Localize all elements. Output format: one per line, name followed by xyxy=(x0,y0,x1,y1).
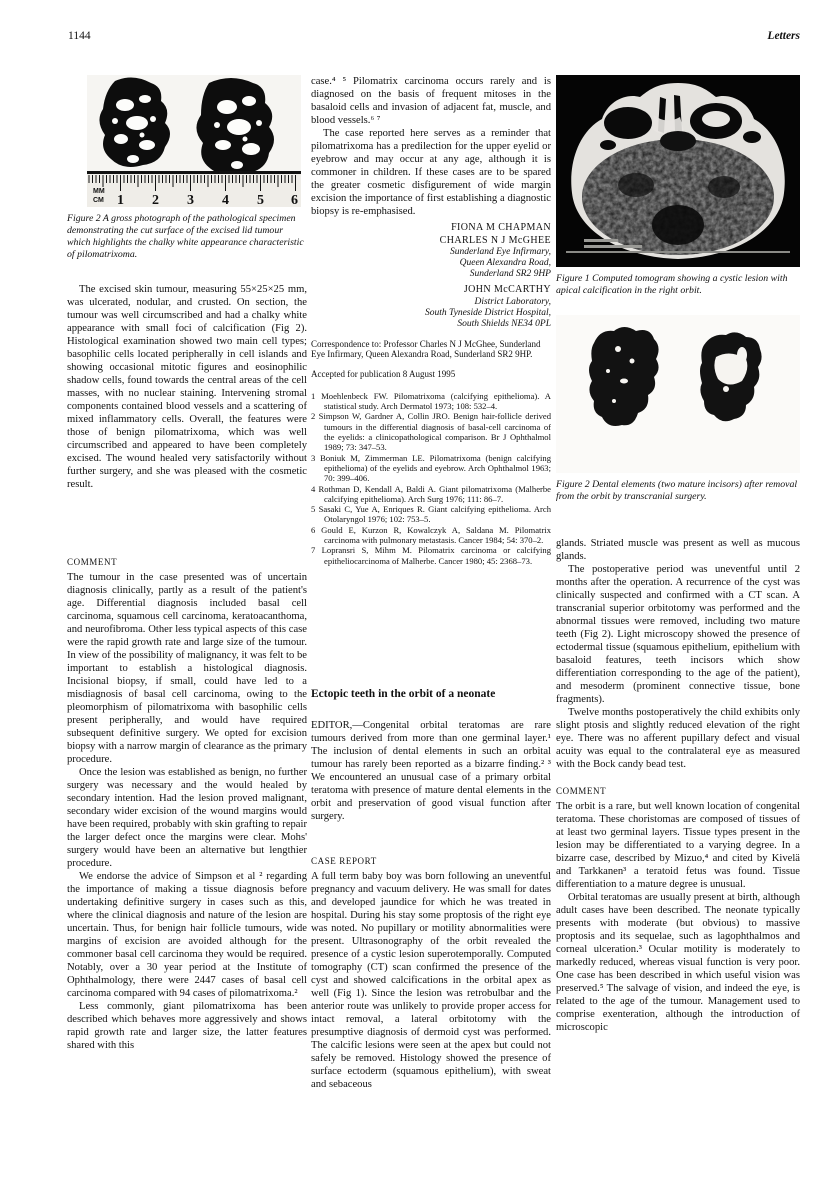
paragraph: case.⁴ ⁵ Pilomatrix carcinoma occurs rar… xyxy=(311,75,551,127)
affiliation-line: South Shields NE34 0PL xyxy=(311,319,551,330)
signature-block: FIONA M CHAPMAN CHARLES N J McGHEE Sunde… xyxy=(311,222,551,330)
left-body: The excised skin tumour, measuring 55×25… xyxy=(67,283,307,491)
running-head: Letters xyxy=(767,30,800,42)
comment-heading: COMMENT xyxy=(556,785,800,798)
ruler-unit-cm: CM xyxy=(93,197,104,204)
affiliation-line: Queen Alexandra Road, xyxy=(311,258,551,269)
ct-scan-image xyxy=(556,75,800,267)
ruler: MM CM 1 2 3 4 5 6 xyxy=(87,171,301,207)
reference: 2 Simpson W, Gardner A, Collin JRO. Beni… xyxy=(311,411,551,452)
ruler-unit-mm: MM xyxy=(93,188,105,195)
affiliation-line: Sunderland SR2 9HP xyxy=(311,269,551,280)
paragraph: glands. Striated muscle was present as w… xyxy=(556,537,800,563)
paragraph: Once the lesion was established as benig… xyxy=(67,766,307,870)
correspondence-note: Correspondence to: Professor Charles N J… xyxy=(311,339,551,361)
ruler-mark-6: 6 xyxy=(291,193,298,207)
figure1-right-caption: Figure 1 Computed tomogram showing a cys… xyxy=(556,273,800,297)
comment-heading: COMMENT xyxy=(67,556,307,569)
reference: 3 Boniuk M, Zimmerman LE. Pilomatrixoma … xyxy=(311,453,551,484)
reference: 6 Gould E, Kurzon R, Kowalczyk A, Saldan… xyxy=(311,525,551,546)
reference: 7 Lopransri S, Mihm M. Pilomatrix carcin… xyxy=(311,545,551,566)
ruler-mark-3: 3 xyxy=(187,193,194,207)
reference-list: 1 Moehlenbeck FW. Pilomatrixoma (calcify… xyxy=(311,391,551,566)
affiliation-line: South Tyneside District Hospital, xyxy=(311,308,551,319)
paragraph: Less commonly, giant pilomatrixoma has b… xyxy=(67,1000,307,1052)
figure-ct-scan: Figure 1 Computed tomogram showing a cys… xyxy=(556,75,800,297)
paragraph: A full term baby boy was born following … xyxy=(311,870,551,1091)
dental-elements-image xyxy=(556,315,800,473)
figure2-left-caption: Figure 2 A gross photograph of the patho… xyxy=(67,213,307,261)
reference: 5 Sasaki C, Yue A, Enriques R. Giant cal… xyxy=(311,504,551,525)
letter2-section: Ectopic teeth in the orbit of a neonate … xyxy=(311,688,551,1091)
page-number: 1144 xyxy=(68,30,91,42)
right-body: glands. Striated muscle was present as w… xyxy=(556,537,800,1034)
ruler-mark-1: 1 xyxy=(117,193,124,207)
figure2-right-caption: Figure 2 Dental elements (two mature inc… xyxy=(556,479,800,503)
letter2-title: Ectopic teeth in the orbit of a neonate xyxy=(311,688,551,701)
affiliation-line: District Laboratory, xyxy=(311,297,551,308)
letter1-continuation: case.⁴ ⁵ Pilomatrix carcinoma occurs rar… xyxy=(311,75,551,566)
figure-gross-specimen: MM CM 1 2 3 4 5 6 Figure 2 A gross photo… xyxy=(67,75,307,261)
paragraph: The tumour in the case presented was of … xyxy=(67,571,307,766)
left-comment-section: COMMENT The tumour in the case presented… xyxy=(67,556,307,1052)
author-name: JOHN McCARTHY xyxy=(311,284,551,297)
paragraph: The postoperative period was uneventful … xyxy=(556,563,800,706)
ruler-mark-2: 2 xyxy=(152,193,159,207)
figure-dental-elements: Figure 2 Dental elements (two mature inc… xyxy=(556,315,800,503)
ruler-mark-5: 5 xyxy=(257,193,264,207)
paragraph: The excised skin tumour, measuring 55×25… xyxy=(67,283,307,491)
author-name: FIONA M CHAPMAN xyxy=(311,222,551,235)
ruler-mark-4: 4 xyxy=(222,193,229,207)
reference: 4 Rothman D, Kendall A, Baldi A. Giant p… xyxy=(311,484,551,505)
author-name: CHARLES N J McGHEE xyxy=(311,235,551,248)
affiliation-line: Sunderland Eye Infirmary, xyxy=(311,247,551,258)
paragraph: EDITOR,—Congenital orbital teratomas are… xyxy=(311,719,551,823)
paragraph: Twelve months postoperatively the child … xyxy=(556,706,800,771)
paragraph: The orbit is a rare, but well known loca… xyxy=(556,800,800,891)
case-report-heading: CASE REPORT xyxy=(311,855,551,868)
gross-specimen-photo-image: MM CM 1 2 3 4 5 6 xyxy=(87,75,301,207)
paragraph: Orbital teratomas are usually present at… xyxy=(556,891,800,1034)
paragraph: We endorse the advice of Simpson et al ²… xyxy=(67,870,307,1000)
reference: 1 Moehlenbeck FW. Pilomatrixoma (calcify… xyxy=(311,391,551,412)
journal-page: 1144 Letters xyxy=(0,0,816,1181)
paragraph: The case reported here serves as a remin… xyxy=(311,127,551,218)
accepted-note: Accepted for publication 8 August 1995 xyxy=(311,369,551,380)
